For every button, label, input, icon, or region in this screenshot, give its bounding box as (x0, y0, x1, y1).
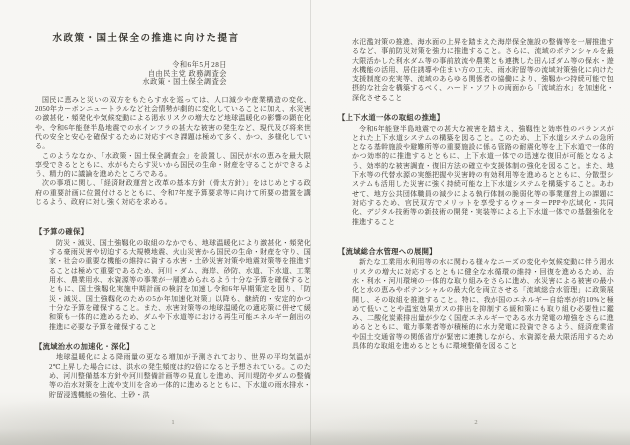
intro-paragraph-1: 国民に恵みと災いの双方をもたらす水を巡っては、人口減少や産業構造の変化、2050… (35, 96, 311, 152)
section-heading-water-sewer: 【上下水道一体の取組の推進】 (338, 113, 614, 123)
section-heading-integrated-water-mgmt: 【流域総合水管理への展開】 (338, 247, 614, 257)
section-river-basin: 【流域治水の加速化・深化】 地球温暖化による降雨量の更なる増加が予測されており、… (35, 342, 311, 400)
page-seam-divider (310, 0, 311, 445)
section-body-water-sewer: 令和6年能登半島地震での甚大な被害を踏まえ、強靱性と効率性のバランスがとれた上下… (352, 125, 614, 227)
section-water-sewer: 【上下水道一体の取組の推進】 令和6年能登半島地震での甚大な被害を踏まえ、強靱性… (338, 113, 614, 227)
document-page-1: 水政策・国土保全の推進に向けた提言 令和6年5月28日 自由民主党 政務調査会 … (35, 0, 311, 445)
document-page-2: 水氾濫対策の推進、海水面の上昇を踏まえた海岸保全施設の整備等を一層推進するなど、… (338, 0, 614, 445)
section-body-budget: 防災・減災、国土強靱化の取組のなかでも、地球温暖化により激甚化・頻発化する豪雨災… (49, 239, 311, 332)
scan-bottom-shadow (0, 429, 630, 445)
section-body-integrated-water-mgmt: 新たな工業用水利用等の水に関わる様々なニーズの変化や気候変動に伴う渇水リスクの増… (352, 258, 614, 351)
intro-paragraph-2: このようななか、「水政策・国土保全調査会」を設置し、国民が水の恵みを最大限享受で… (35, 152, 311, 180)
page-number-2: 2 (338, 419, 614, 426)
author-org-line: 自由民主党 政務調査会 (35, 70, 227, 79)
section-body-river-basin: 地球温暖化による降雨量の更なる増加が予測されており、世界の平均気温が2℃上昇した… (49, 353, 311, 399)
date-line: 令和6年5月28日 (35, 61, 227, 70)
document-title: 水政策・国土保全の推進に向けた提言 (35, 33, 257, 45)
section-heading-river-basin: 【流域治水の加速化・深化】 (35, 342, 311, 352)
section-integrated-water-mgmt: 【流域総合水管理への展開】 新たな工業用水利用等の水に関わる様々なニーズの変化や… (338, 247, 614, 351)
date-author-block: 令和6年5月28日 自由民主党 政務調査会 水政策・国土保全調査会 (35, 61, 227, 87)
page-number-1: 1 (35, 419, 311, 426)
section-heading-budget: 【予算の確保】 (35, 227, 311, 237)
scanned-document-spread: 水政策・国土保全の推進に向けた提言 令和6年5月28日 自由民主党 政務調査会 … (0, 0, 630, 445)
author-council-line: 水政策・国土保全調査会 (35, 78, 227, 87)
section-budget: 【予算の確保】 防災・減災、国土強靱化の取組のなかでも、地球温暖化により激甚化・… (35, 227, 311, 331)
intro-paragraph-3: 次の事項に関し、「経済財政運営と改革の基本方針（骨太方針）」をはじめとする政府の… (35, 179, 311, 207)
continuation-paragraph: 水氾濫対策の推進、海水面の上昇を踏まえた海岸保全施設の整備等を一層推進するなど、… (352, 38, 614, 103)
